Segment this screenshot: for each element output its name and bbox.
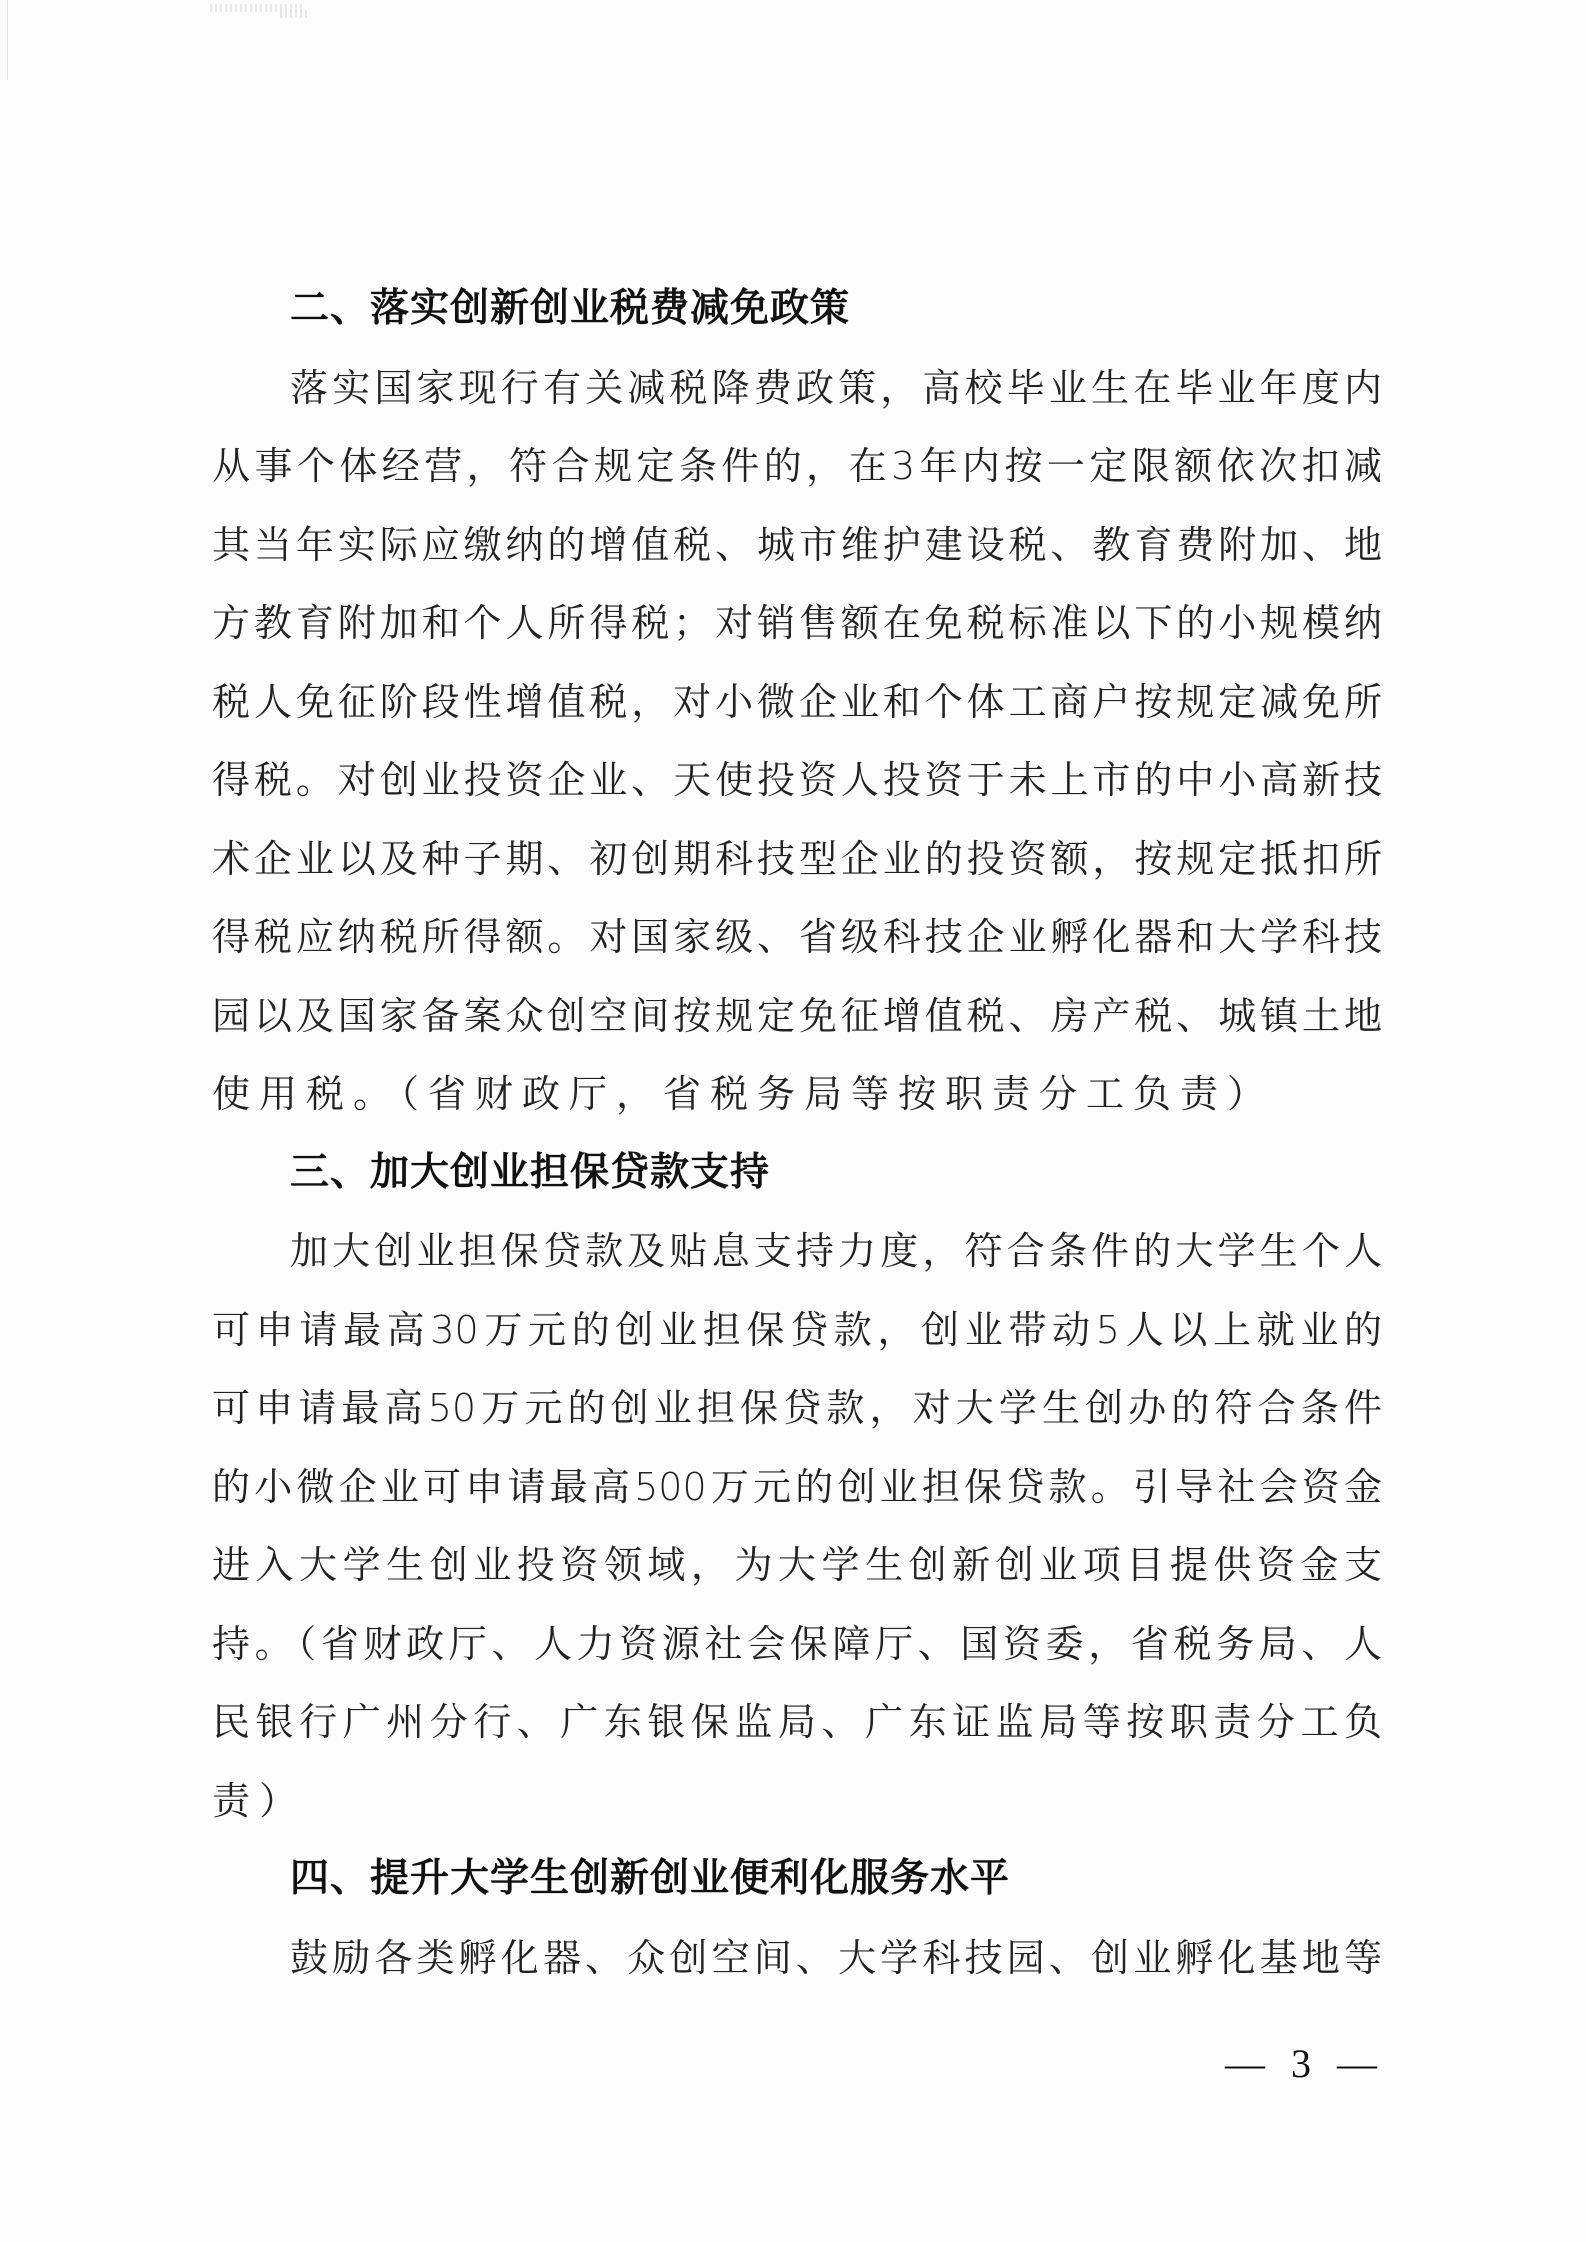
paragraph-line: 其当年实际应缴纳的增值税、城市维护建设税、教育费附加、地 — [212, 506, 1382, 585]
paragraph-line: 术企业以及种子期、初创期科技型企业的投资额，按规定抵扣所 — [212, 820, 1382, 899]
paragraph-line: 落实国家现行有关减税降费政策，高校毕业生在毕业年度内 — [212, 349, 1382, 428]
document-page: 二、落实创新创业税费减免政策 落实国家现行有关减税降费政策，高校毕业生在毕业年度… — [0, 0, 1586, 2242]
paragraph-line: 责） — [212, 1762, 1382, 1841]
paragraph-line: 可申请最高50万元的创业担保贷款，对大学生创办的符合条件 — [212, 1369, 1382, 1448]
paragraph-line: 持。（省财政厅、人力资源社会保障厅、国资委，省税务局、人 — [212, 1605, 1382, 1684]
paragraph-line: 从事个体经营，符合规定条件的，在3年内按一定限额依次扣减 — [212, 427, 1382, 506]
paragraph-line: 的小微企业可申请最高500万元的创业担保贷款。引导社会资金 — [212, 1448, 1382, 1527]
paragraph-line: 民银行广州分行、广东银保监局、广东证监局等按职责分工负 — [212, 1683, 1382, 1762]
scan-bleed-mark — [280, 10, 310, 18]
document-body: 二、落实创新创业税费减免政策 落实国家现行有关减税降费政策，高校毕业生在毕业年度… — [212, 270, 1382, 1997]
paragraph-line: 园以及国家备案众创空间按规定免征增值税、房产税、城镇土地 — [212, 977, 1382, 1056]
paragraph-line: 鼓励各类孵化器、众创空间、大学科技园、创业孵化基地等 — [212, 1919, 1382, 1998]
paragraph-line: 得税应纳税所得额。对国家级、省级科技企业孵化器和大学科技 — [212, 898, 1382, 977]
page-number: — 3 — — [1225, 2040, 1385, 2087]
scan-edge-line — [7, 0, 8, 80]
section-heading: 三、加大创业担保贷款支持 — [212, 1134, 1382, 1213]
section-heading: 二、落实创新创业税费减免政策 — [212, 270, 1382, 349]
paragraph-line: 进入大学生创业投资领域，为大学生创新创业项目提供资金支 — [212, 1526, 1382, 1605]
section-heading: 四、提升大学生创新创业便利化服务水平 — [212, 1840, 1382, 1919]
paragraph-line: 加大创业担保贷款及贴息支持力度，符合条件的大学生个人 — [212, 1212, 1382, 1291]
paragraph-line: 方教育附加和个人所得税；对销售额在免税标准以下的小规模纳 — [212, 584, 1382, 663]
paragraph-line: 使用税。（省财政厅，省税务局等按职责分工负责） — [212, 1055, 1382, 1134]
paragraph-line: 可申请最高30万元的创业担保贷款，创业带动5人以上就业的 — [212, 1291, 1382, 1370]
paragraph-line: 税人免征阶段性增值税，对小微企业和个体工商户按规定减免所 — [212, 663, 1382, 742]
paragraph-line: 得税。对创业投资企业、天使投资人投资于未上市的中小高新技 — [212, 741, 1382, 820]
